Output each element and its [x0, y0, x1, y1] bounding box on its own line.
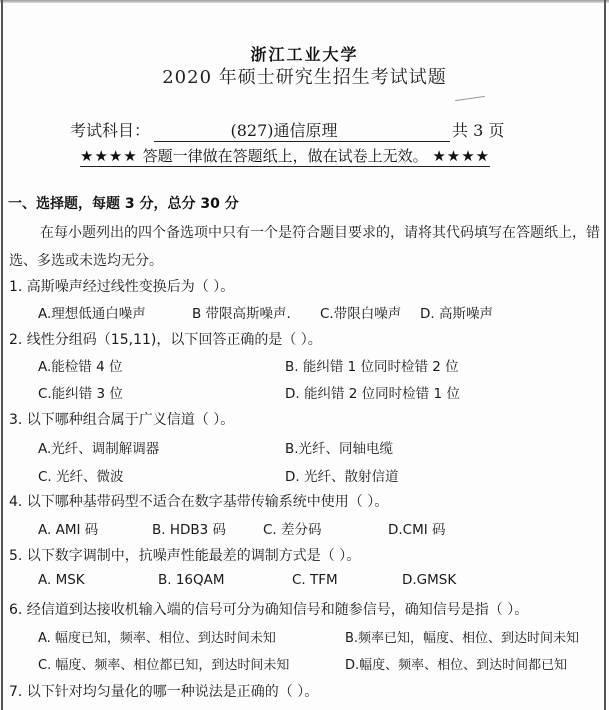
q6-option-c: C. 幅度、频率、相位都已知，到达时间未知 — [38, 654, 289, 673]
university-name: 浙江工业大学 — [0, 42, 609, 65]
q1-option-c: C.带限白噪声 — [320, 302, 401, 322]
subject-value: (827)通信原理 — [231, 121, 338, 140]
question-6: 6. 经信道到达接收机输入端的信号可分为确知信号和随参信号，确知信号是指（ ）。 — [9, 599, 528, 619]
page-border-right — [604, 0, 606, 710]
answer-notice: ★★★★ 答题一律做在答题纸上，做在试卷上无效。 ★★★★ — [80, 145, 490, 167]
section-heading: 一、选择题，每题 3 分，总分 30 分 — [8, 193, 239, 213]
question-4: 4. 以下哪种基带码型不适合在数字基带传输系统中使用（ ）。 — [9, 491, 388, 511]
q1-option-d: D. 高斯噪声 — [420, 302, 493, 322]
question-3: 3. 以下哪种组合属于广义信道（ ）。 — [9, 409, 234, 429]
q2-option-d: D. 能纠错 2 位同时检错 1 位 — [285, 382, 460, 402]
instructions-line-2: 选、多选或未选均无分。 — [9, 250, 163, 270]
q4-option-b: B. HDB3 码 — [152, 518, 226, 538]
subject-row: 考试科目：(827)通信原理共 3 页 — [70, 118, 504, 142]
q3-option-b: B.光纤、同轴电缆 — [285, 437, 393, 457]
q2-option-a: A.能检错 4 位 — [38, 355, 122, 375]
star-icons-right: ★★★★ — [432, 147, 490, 165]
q5-option-c: C. TFM — [292, 572, 338, 588]
star-icons-left: ★★★★ — [80, 147, 138, 165]
question-1: 1. 高斯噪声经过线性变换后为（ ）。 — [9, 276, 234, 296]
q5-option-a: A. MSK — [38, 572, 85, 588]
notice-text: 答题一律做在答题纸上，做在试卷上无效。 — [138, 147, 433, 165]
subject-label: 考试科目： — [70, 118, 150, 141]
exam-title: 2020 年硕士研究生招生考试试题 — [0, 63, 609, 89]
question-7: 7. 以下针对均匀量化的哪一种说法是正确的（ ）。 — [9, 681, 318, 701]
q1-option-b: B 带限高斯噪声. — [192, 302, 291, 322]
scan-edge-top — [0, 0, 609, 3]
q2-option-b: B. 能纠错 1 位同时检错 2 位 — [285, 355, 459, 375]
q1-option-a: A.理想低通白噪声 — [38, 302, 146, 322]
q3-option-c: C. 光纤、微波 — [38, 465, 124, 485]
q2-option-c: C.能纠错 3 位 — [38, 382, 123, 402]
q4-option-c: C. 差分码 — [263, 518, 322, 538]
q4-option-d: D.CMI 码 — [388, 518, 446, 538]
question-5: 5. 以下数字调制中，抗噪声性能最差的调制方式是（ ）。 — [9, 545, 360, 565]
q5-option-d: D.GMSK — [402, 572, 456, 588]
exam-page: 浙江工业大学 2020 年硕士研究生招生考试试题 考试科目：(827)通信原理共… — [0, 0, 609, 710]
subject-field: (827)通信原理 — [154, 118, 450, 142]
page-count: 共 3 页 — [452, 118, 504, 141]
q4-option-a: A. AMI 码 — [38, 518, 98, 538]
question-2: 2. 线性分组码（15,11)，以下回答正确的是（ ）。 — [9, 329, 322, 349]
q3-option-a: A.光纤、调制解调器 — [38, 437, 159, 457]
q6-option-d: D.幅度、频率、相位、到达时间都已知 — [345, 654, 567, 673]
q3-option-d: D. 光纤、散射信道 — [285, 465, 398, 485]
scan-artifact — [455, 96, 485, 101]
instructions-line-1: 在每小题列出的四个备选项中只有一个是符合题目要求的，请将其代码填写在答题纸上，错 — [40, 222, 600, 242]
page-border-left — [1, 0, 3, 710]
q6-option-a: A. 幅度已知，频率、相位、到达时间未知 — [38, 627, 276, 646]
q5-option-b: B. 16QAM — [158, 572, 225, 588]
q6-option-b: B.频率已知，幅度、相位、到达时间未知 — [345, 627, 579, 646]
